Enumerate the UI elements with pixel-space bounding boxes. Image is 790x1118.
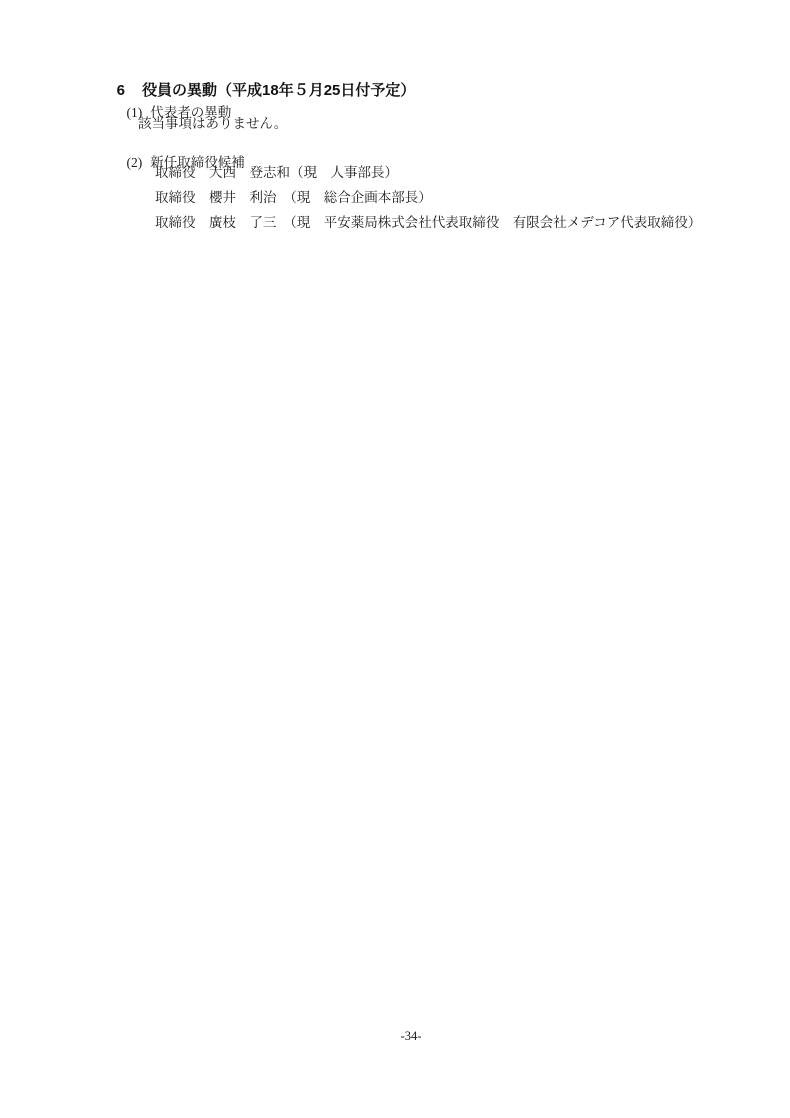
director-item-1: 取締役 大西 登志和（現 人事部長） [155,166,398,180]
director-item-2: 取締役 櫻井 利治 （現 総合企画本部長） [155,191,432,205]
subsection-2-label: (2) [127,156,143,170]
page-number: -34- [401,1030,422,1043]
director-item-3: 取締役 廣枝 了三 （現 平安薬局株式会社代表取締役 有限会社メデコア代表取締役… [155,216,701,230]
subsection-1-body: 該当事項はありません。 [138,117,287,131]
document-page: 6役員の異動（平成18年５月25日付予定） (1)代表者の異動 該当事項はありま… [0,0,790,1118]
